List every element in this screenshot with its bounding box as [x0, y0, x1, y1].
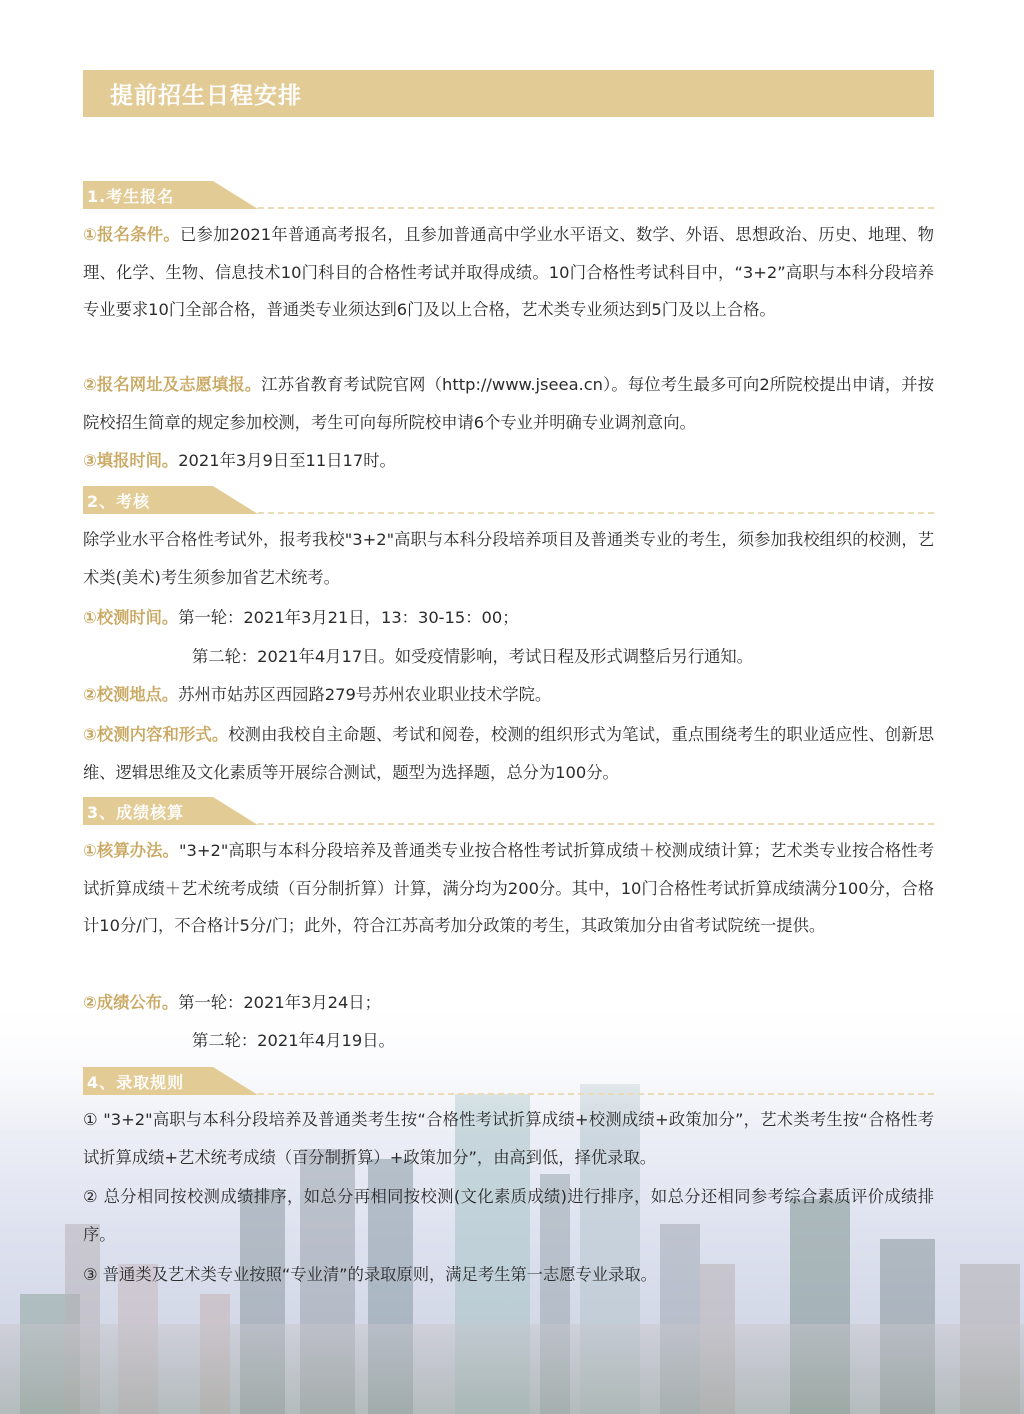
- item-label: ①校测时间。: [83, 608, 178, 627]
- paragraph-admission-rule-1: ① "3+2"高职与本科分段培养及普通类考生按“合格性考试折算成绩+校测成绩+政…: [83, 1101, 934, 1176]
- item-text: 除学业水平合格性考试外，报考我校"3+2"高职与本科分段培养项目及普通类专业的考…: [83, 530, 934, 587]
- paragraph-admission-rule-2: ② 总分相同按校测成绩排序，如总分再相同按校测(文化素质成绩)进行排序，如总分还…: [83, 1178, 934, 1253]
- dashed-divider: [258, 1093, 934, 1095]
- section-title: 3、成绩核算: [87, 800, 184, 823]
- item-text: ① "3+2"高职与本科分段培养及普通类考生按“合格性考试折算成绩+校测成绩+政…: [83, 1110, 934, 1167]
- section-heading-registration: 1.考生报名: [83, 181, 934, 209]
- section-title: 4、录取规则: [87, 1070, 184, 1093]
- paragraph-test-time: ①校测时间。第一轮：2021年3月21日，13：30-15：00；: [83, 599, 934, 637]
- item-label: ②成绩公布。: [83, 993, 178, 1012]
- section-title: 2、考核: [87, 489, 150, 512]
- paragraph-admission-rule-3: ③ 普通类及艺术类专业按照“专业清”的录取原则，满足考生第一志愿专业录取。: [83, 1256, 934, 1294]
- dashed-divider: [258, 823, 934, 825]
- brochure-page: 提前招生日程安排 1.考生报名 ①报名条件。已参加2021年普通高考报名，且参加…: [0, 0, 1024, 1414]
- item-text: 2021年3月9日至11日17时。: [178, 451, 396, 470]
- item-label: ③填报时间。: [83, 451, 178, 470]
- paragraph-assessment-intro: 除学业水平合格性考试外，报考我校"3+2"高职与本科分段培养项目及普通类专业的考…: [83, 521, 934, 596]
- dashed-divider: [258, 512, 934, 514]
- paragraph-website: ②报名网址及志愿填报。江苏省教育考试院官网（http://www.jseea.c…: [83, 366, 934, 441]
- item-text: 苏州市姑苏区西园路279号苏州农业职业技术学院。: [178, 685, 551, 704]
- item-label: ②校测地点。: [83, 685, 178, 704]
- item-text: 已参加2021年普通高考报名，且参加普通高中学业水平语文、数学、外语、思想政治、…: [83, 225, 934, 319]
- item-text: 第一轮：2021年3月24日；: [178, 993, 381, 1012]
- paragraph-fill-time: ③填报时间。2021年3月9日至11日17时。: [83, 442, 934, 480]
- page-title-banner: 提前招生日程安排: [83, 70, 934, 117]
- item-label: ①报名条件。: [83, 225, 180, 244]
- paragraph-score-release: ②成绩公布。第一轮：2021年3月24日；: [83, 984, 934, 1022]
- paragraph-test-content: ③校测内容和形式。校测由我校自主命题、考试和阅卷，校测的组织形式为笔试，重点围绕…: [83, 716, 934, 791]
- item-label: ①核算办法。: [83, 841, 179, 860]
- test-time-round-two: 第二轮：2021年4月17日。如受疫情影响，考试日程及形式调整后另行通知。: [192, 638, 753, 676]
- item-text: 第一轮：2021年3月21日，13：30-15：00；: [178, 608, 518, 627]
- section-title: 1.考生报名: [87, 184, 174, 207]
- section-heading-score-calculation: 3、成绩核算: [83, 797, 934, 825]
- section-heading-admission-rules: 4、录取规则: [83, 1067, 934, 1095]
- item-text: ② 总分相同按校测成绩排序，如总分再相同按校测(文化素质成绩)进行排序，如总分还…: [83, 1187, 934, 1244]
- item-label: ②报名网址及志愿填报。: [83, 375, 261, 394]
- item-label: ③校测内容和形式。: [83, 725, 228, 744]
- item-text: ③ 普通类及艺术类专业按照“专业清”的录取原则，满足考生第一志愿专业录取。: [83, 1265, 657, 1284]
- paragraph-test-location: ②校测地点。苏州市姑苏区西园路279号苏州农业职业技术学院。: [83, 676, 934, 714]
- dashed-divider: [258, 207, 934, 209]
- paragraph-eligibility: ①报名条件。已参加2021年普通高考报名，且参加普通高中学业水平语文、数学、外语…: [83, 216, 934, 329]
- score-release-round-two: 第二轮：2021年4月19日。: [192, 1022, 395, 1060]
- paragraph-calculation-method: ①核算办法。"3+2"高职与本科分段培养及普通类专业按合格性考试折算成绩＋校测成…: [83, 832, 934, 945]
- section-heading-assessment: 2、考核: [83, 486, 934, 514]
- page-title: 提前招生日程安排: [83, 77, 302, 110]
- item-text: "3+2"高职与本科分段培养及普通类专业按合格性考试折算成绩＋校测成绩计算；艺术…: [83, 841, 934, 935]
